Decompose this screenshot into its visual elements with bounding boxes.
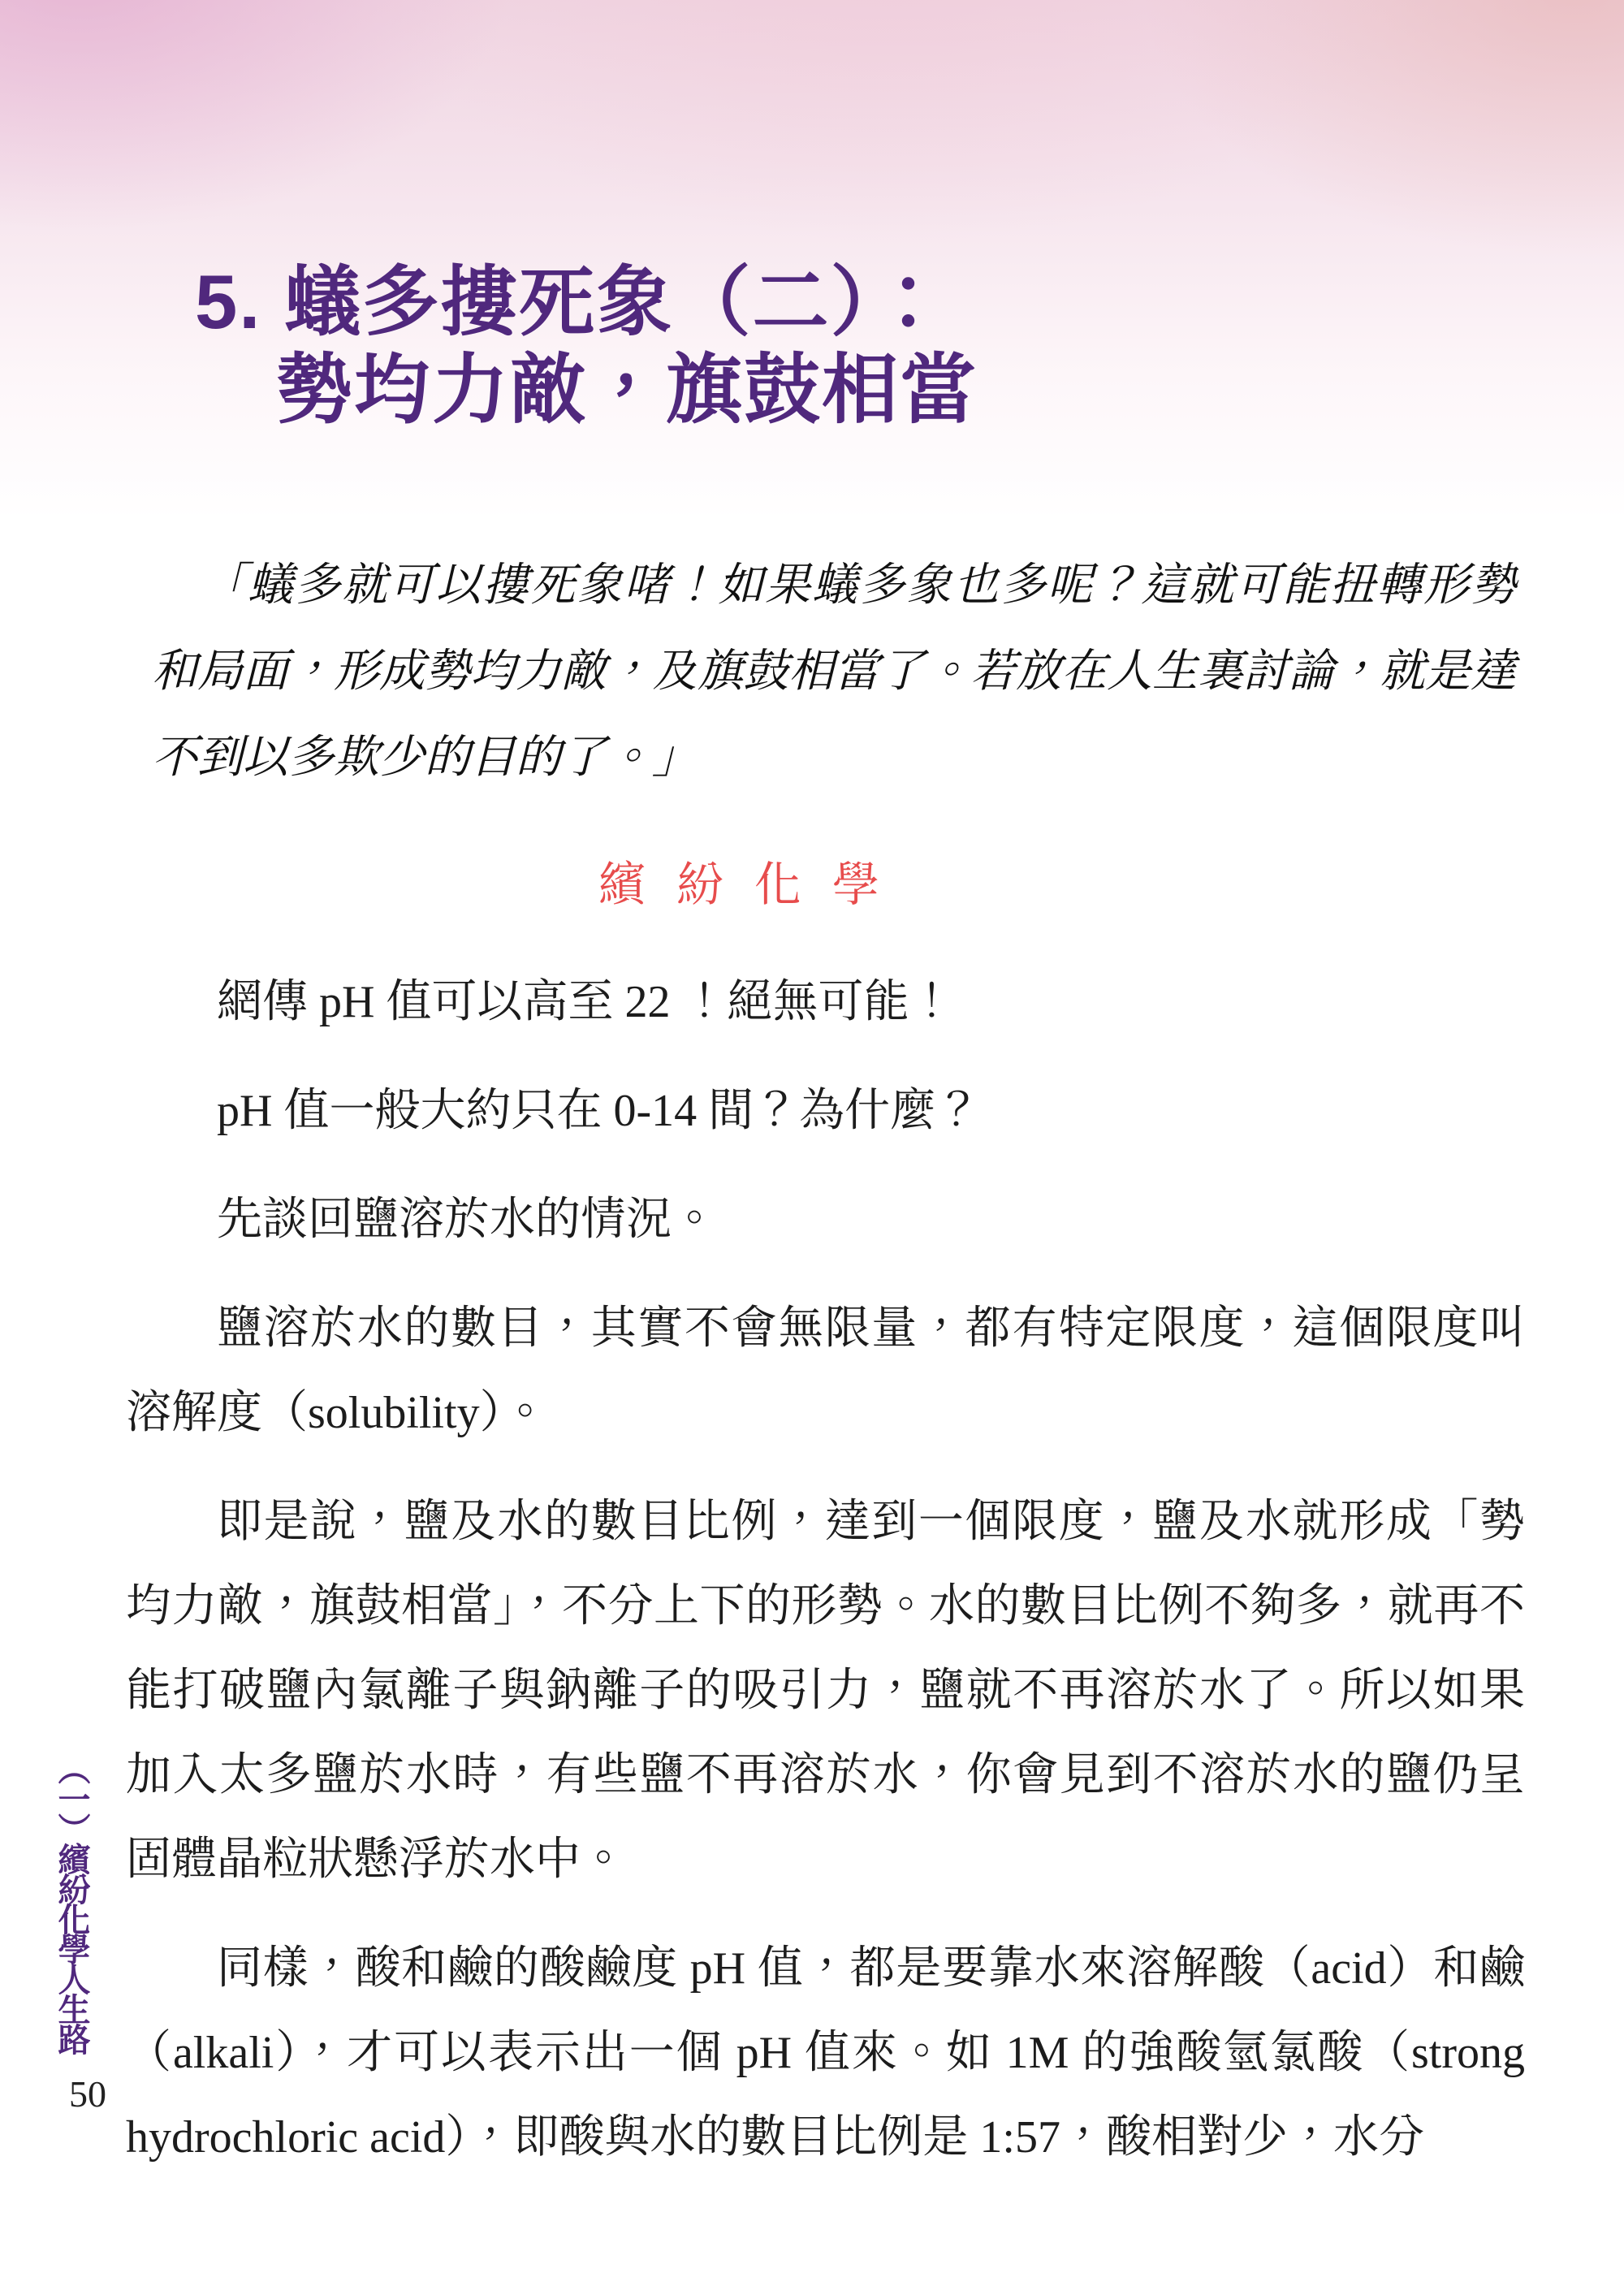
book-page: 5. 蟻多摟死象（二）： 勢均力敵，旗鼓相當 「蟻多就可以摟死象啫！如果蟻多象也…	[0, 0, 1624, 2273]
chapter-title-line2: 勢均力敵，旗鼓相當	[276, 346, 978, 434]
paragraph-acid-alkali: 同樣，酸和鹼的酸鹼度 pH 值，都是要靠水來溶解酸（acid）和鹼（alkali…	[126, 1926, 1525, 2180]
chapter-title-line1: 5. 蟻多摟死象（二）：	[195, 258, 978, 346]
page-number: 50	[69, 2072, 106, 2115]
paragraph-salt-limit: 即是說，鹽及水的數目比例，達到一個限度，鹽及水就形成「勢均力敵，旗鼓相當」，不分…	[126, 1480, 1525, 1902]
paragraph-ph-rumor: 網傳 pH 值可以高至 22 ！絕無可能！	[126, 960, 1525, 1044]
section-heading: 繽紛化學	[49, 846, 1429, 914]
opening-quote: 「蟻多就可以摟死象啫！如果蟻多象也多呢？這就可能扭轉形勢和局面，形成勢均力敵，及…	[152, 542, 1516, 801]
paragraph-ph-range: pH 值一般大約只在 0-14 間？為什麼？	[126, 1069, 1525, 1153]
paragraph-solubility: 鹽溶於水的數目，其實不會無限量，都有特定限度，這個限度叫溶解度（solubili…	[126, 1286, 1525, 1455]
paragraph-salt-intro: 先談回鹽溶於水的情況。	[126, 1178, 1525, 1262]
body-text-column: 網傳 pH 值可以高至 22 ！絕無可能！ pH 值一般大約只在 0-14 間？…	[126, 960, 1525, 2204]
chapter-title: 5. 蟻多摟死象（二）： 勢均力敵，旗鼓相當	[195, 258, 978, 434]
series-tab-vertical-label: （一）繽紛化學人生路	[49, 1752, 95, 2094]
